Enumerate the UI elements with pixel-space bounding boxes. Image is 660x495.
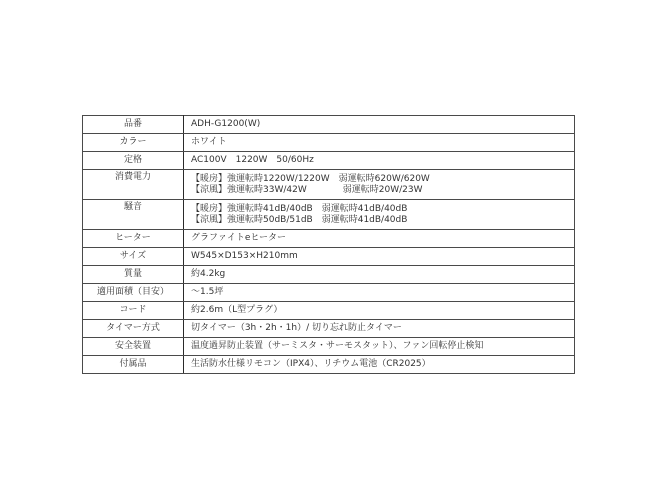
spec-value-line: 切タイマー（3h・2h・1h）/ 切り忘れ防止タイマー [191, 323, 574, 334]
spec-value-line: AC100V 1220W 50/60Hz [191, 155, 574, 166]
spec-row-power-consumption: 消費電力 【暖房】強運転時1220W/1220W 弱運転時620W/620W 【… [83, 170, 575, 200]
spec-label: 消費電力 [83, 170, 184, 200]
spec-value-line: 【暖房】強運転時41dB/40dB 弱運転時41dB/40dB [191, 204, 574, 215]
spec-value: 【暖房】強運転時41dB/40dB 弱運転時41dB/40dB 【涼風】強運転時… [184, 200, 575, 230]
spec-value-line: 生活防水仕様リモコン（IPX4）、リチウム電池（CR2025） [191, 359, 574, 370]
spec-value-line: W545×D153×H210mm [191, 251, 574, 262]
spec-label: タイマー方式 [83, 320, 184, 338]
spec-table: 品番 ADH-G1200(W) カラー ホワイト 定格 AC100V 1220W… [82, 115, 575, 374]
spec-row-heater: ヒーター グラファイトeヒーター [83, 230, 575, 248]
spec-value: ホワイト [184, 134, 575, 152]
spec-label: 安全装置 [83, 338, 184, 356]
spec-label: サイズ [83, 248, 184, 266]
spec-row-noise: 騒音 【暖房】強運転時41dB/40dB 弱運転時41dB/40dB 【涼風】強… [83, 200, 575, 230]
spec-value-line: 約2.6m（L型プラグ） [191, 305, 574, 316]
spec-label: 品番 [83, 116, 184, 134]
spec-row-weight: 質量 約4.2kg [83, 266, 575, 284]
spec-value-line: 【涼風】強運転時50dB/51dB 弱運転時41dB/40dB [191, 215, 574, 226]
spec-label: カラー [83, 134, 184, 152]
spec-label: 付属品 [83, 356, 184, 374]
spec-row-safety: 安全装置 温度過昇防止装置（サーミスタ・サーモスタット）、ファン回転停止検知 [83, 338, 575, 356]
spec-row-accessories: 付属品 生活防水仕様リモコン（IPX4）、リチウム電池（CR2025） [83, 356, 575, 374]
spec-value-line: グラファイトeヒーター [191, 233, 574, 244]
spec-value: 生活防水仕様リモコン（IPX4）、リチウム電池（CR2025） [184, 356, 575, 374]
spec-value-line: 約4.2kg [191, 269, 574, 280]
spec-value: グラファイトeヒーター [184, 230, 575, 248]
spec-value-line: ADH-G1200(W) [191, 119, 574, 130]
spec-row-rating: 定格 AC100V 1220W 50/60Hz [83, 152, 575, 170]
spec-value-line: 【涼風】強運転時33W/42W 弱運転時20W/23W [191, 185, 574, 196]
spec-row-model-number: 品番 ADH-G1200(W) [83, 116, 575, 134]
spec-value: 温度過昇防止装置（サーミスタ・サーモスタット）、ファン回転停止検知 [184, 338, 575, 356]
spec-value: 約4.2kg [184, 266, 575, 284]
spec-value-line: ～1.5坪 [191, 287, 574, 298]
spec-value: ADH-G1200(W) [184, 116, 575, 134]
spec-row-size: サイズ W545×D153×H210mm [83, 248, 575, 266]
spec-row-cord: コード 約2.6m（L型プラグ） [83, 302, 575, 320]
spec-label: コード [83, 302, 184, 320]
spec-value: ～1.5坪 [184, 284, 575, 302]
spec-label: 騒音 [83, 200, 184, 230]
spec-value: W545×D153×H210mm [184, 248, 575, 266]
spec-value-line: ホワイト [191, 137, 574, 148]
spec-value: AC100V 1220W 50/60Hz [184, 152, 575, 170]
spec-row-applicable-area: 適用面積（目安） ～1.5坪 [83, 284, 575, 302]
spec-label: 適用面積（目安） [83, 284, 184, 302]
spec-label: 定格 [83, 152, 184, 170]
spec-row-color: カラー ホワイト [83, 134, 575, 152]
spec-label: 質量 [83, 266, 184, 284]
spec-row-timer: タイマー方式 切タイマー（3h・2h・1h）/ 切り忘れ防止タイマー [83, 320, 575, 338]
spec-value: 【暖房】強運転時1220W/1220W 弱運転時620W/620W 【涼風】強運… [184, 170, 575, 200]
spec-value: 約2.6m（L型プラグ） [184, 302, 575, 320]
spec-value-line: 温度過昇防止装置（サーミスタ・サーモスタット）、ファン回転停止検知 [191, 341, 574, 352]
spec-value-line: 【暖房】強運転時1220W/1220W 弱運転時620W/620W [191, 174, 574, 185]
spec-value: 切タイマー（3h・2h・1h）/ 切り忘れ防止タイマー [184, 320, 575, 338]
spec-label: ヒーター [83, 230, 184, 248]
